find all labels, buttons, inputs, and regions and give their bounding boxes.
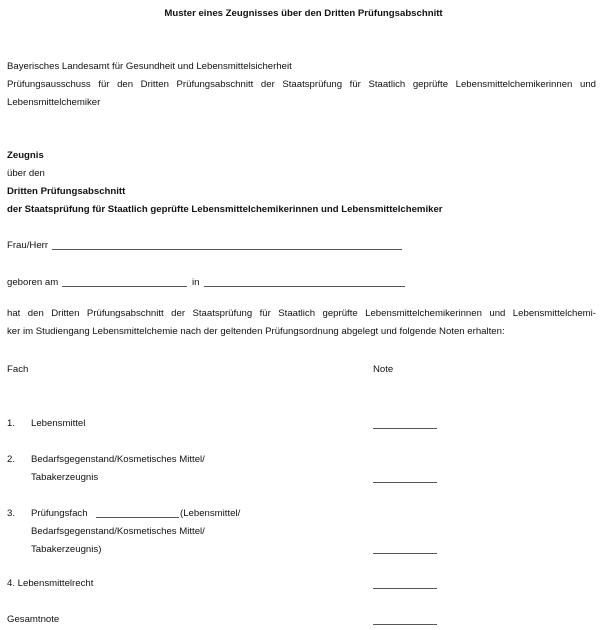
grade-field-exam-subject[interactable] — [373, 553, 437, 554]
grade-field-overall[interactable] — [373, 624, 437, 625]
subject-consumer-goods: Bedarfsgegenstand/Kosmetisches Mittel/ — [31, 454, 205, 466]
grade-field-food[interactable] — [373, 428, 437, 429]
subject-food-law: 4. Lebensmittelrecht — [7, 578, 93, 590]
overall-grade-label: Gesamtnote — [7, 614, 59, 626]
exam-subject-options-end: Tabakerzeugnis) — [31, 544, 101, 556]
subject-food: Lebensmittel — [31, 418, 85, 430]
exam-subject-options-cont: Bedarfsgegenstand/Kosmetisches Mittel/ — [31, 526, 205, 538]
grade-field-food-law[interactable] — [373, 588, 437, 589]
exam-subject-field[interactable] — [96, 517, 179, 518]
birthdate-field[interactable] — [62, 286, 187, 287]
statement-line2: ker im Studiengang Lebensmittelchemie na… — [7, 326, 505, 338]
committee-line-cont: Lebensmittelchemiker — [7, 97, 100, 109]
certificate-heading: Zeugnis — [7, 150, 44, 162]
birthdate-label: geboren am — [7, 277, 58, 289]
subject-exam-subject: Prüfungsfach — [31, 508, 88, 520]
birthplace-label: in — [192, 277, 199, 289]
exam-subject-options: (Lebensmittel/ — [180, 508, 240, 520]
certificate-subheading: über den — [7, 168, 45, 180]
row-number: 1. — [7, 418, 15, 430]
name-field[interactable] — [52, 249, 402, 250]
column-header-grade: Note — [373, 364, 393, 376]
row-number: 3. — [7, 508, 15, 520]
document-title: Muster eines Zeugnisses über den Dritten… — [0, 8, 607, 20]
column-header-subject: Fach — [7, 364, 28, 376]
authority-name: Bayerisches Landesamt für Gesundheit und… — [7, 61, 292, 73]
committee-line: Prüfungsausschuss für den Dritten Prüfun… — [7, 79, 596, 91]
birthplace-field[interactable] — [204, 286, 405, 287]
statement-line1: hat den Dritten Prüfungsabschnitt der St… — [7, 308, 596, 320]
grade-field-consumer-goods[interactable] — [373, 482, 437, 483]
exam-name: der Staatsprüfung für Staatlich geprüfte… — [7, 204, 443, 216]
row-number: 2. — [7, 454, 15, 466]
name-label: Frau/Herr — [7, 240, 48, 252]
subject-consumer-goods-cont: Tabakerzeugnis — [31, 472, 98, 484]
exam-section-title: Dritten Prüfungsabschnitt — [7, 186, 125, 198]
